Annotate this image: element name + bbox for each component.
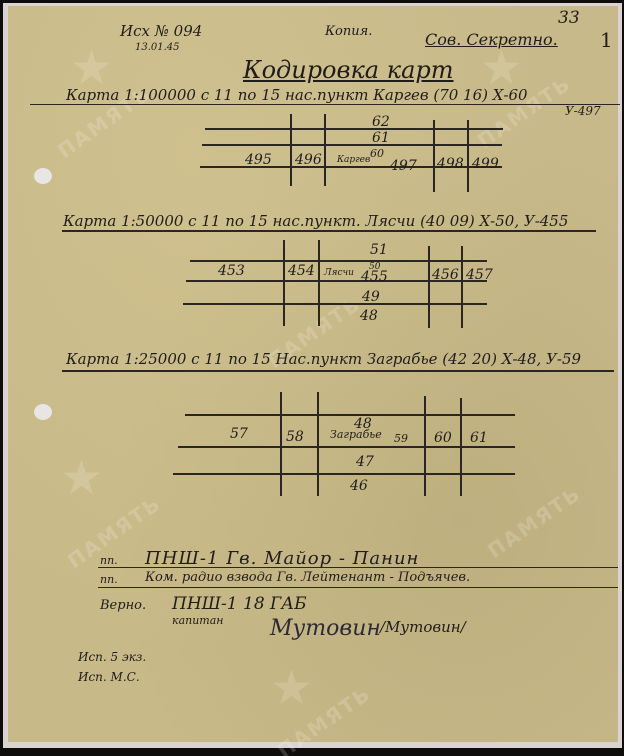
section-heading-2: Карта 1:50000 с 11 по 15 нас.пункт. Лясч… xyxy=(63,212,568,230)
grid-cell: 497 xyxy=(390,158,417,174)
grid-cell: 455 xyxy=(361,269,388,285)
classification-stamp: Сов. Секретно. xyxy=(425,30,558,49)
grid-cell: 47 xyxy=(356,454,374,470)
signature-line-2: Ком. радио взвода Гв. Лейтенант - Подъяч… xyxy=(145,570,470,585)
executor: Исп. М.С. xyxy=(78,670,140,684)
grid-cell: 496 xyxy=(295,152,322,168)
grid-center-label: Заграбье xyxy=(330,428,382,441)
grid-cell: 61 xyxy=(372,130,390,146)
grid-line xyxy=(424,396,426,496)
grid-cell: 495 xyxy=(245,152,272,168)
grid-line xyxy=(173,473,515,475)
grid-cell: 51 xyxy=(370,242,388,258)
handwritten-signature: Мутовин xyxy=(270,616,381,641)
grid-cell: 59 xyxy=(394,432,408,445)
grid-line xyxy=(280,392,282,496)
page-number: 33 xyxy=(558,8,580,28)
grid-line xyxy=(467,120,469,192)
grid-line xyxy=(290,114,292,186)
grid-line xyxy=(324,114,326,186)
grid-line xyxy=(202,144,502,146)
section-heading-1: Карта 1:100000 с 11 по 15 нас.пункт Карг… xyxy=(66,86,528,104)
signature-name: /Мутовин/ xyxy=(380,618,466,636)
heading-underline xyxy=(62,370,614,372)
grid-line xyxy=(178,446,515,448)
grid-cell: 499 xyxy=(472,156,499,172)
punch-hole xyxy=(34,404,52,420)
grid-cell: 456 xyxy=(432,267,459,283)
signature-underline xyxy=(98,567,618,568)
grid-cell: 49 xyxy=(362,289,380,305)
grid-line xyxy=(318,240,320,326)
verified-unit: ПНШ-1 18 ГАБ xyxy=(172,594,307,614)
grid-cell: 60 xyxy=(370,147,384,160)
grid-cell: 48 xyxy=(360,308,378,324)
grid-line xyxy=(428,246,430,328)
grid-line xyxy=(461,246,463,328)
document-title: Кодировка карт xyxy=(243,56,454,84)
ref-date: 13.01.45 xyxy=(135,42,180,53)
signature-line-1: ПНШ-1 Гв. Майор - Панин xyxy=(145,548,419,569)
grid-cell: 453 xyxy=(218,263,245,279)
ref-number: Исх № 094 xyxy=(120,22,202,40)
grid-line xyxy=(185,414,515,416)
grid-cell: 457 xyxy=(466,267,493,283)
grid-line xyxy=(190,260,487,262)
grid-line xyxy=(183,303,487,305)
grid-cell: 60 xyxy=(434,430,452,446)
grid-center-label: Лясчи xyxy=(324,268,354,278)
grid-cell: 62 xyxy=(372,114,390,130)
grid-cell: 454 xyxy=(288,263,315,279)
signature-prefix-1: пп. xyxy=(100,554,118,567)
grid-cell: 46 xyxy=(350,478,368,494)
watermark-star-icon: ★ xyxy=(60,450,103,506)
sheet-mark: 1 xyxy=(600,28,613,52)
grid-line xyxy=(283,240,285,326)
punch-hole xyxy=(34,168,52,184)
heading-underline xyxy=(62,230,596,232)
verified-label: Верно. xyxy=(100,598,146,613)
grid-cell: 57 xyxy=(230,426,248,442)
grid-line xyxy=(317,392,319,496)
grid-center-label: Каргев xyxy=(337,155,370,165)
rank-label: капитан xyxy=(172,614,224,627)
grid-cell: 498 xyxy=(437,156,464,172)
grid-cell: 61 xyxy=(470,430,488,446)
grid-cell: 58 xyxy=(286,429,304,445)
section-1-y-coord: У-497 xyxy=(565,104,601,118)
grid-line xyxy=(460,398,462,496)
grid-line xyxy=(433,120,435,192)
signature-prefix-2: пп. xyxy=(100,573,118,586)
copy-label: Копия. xyxy=(325,24,372,39)
signature-underline xyxy=(98,587,618,588)
watermark-star-icon: ★ xyxy=(270,660,313,716)
heading-underline xyxy=(30,104,620,105)
copies-count: Исп. 5 экз. xyxy=(78,650,146,664)
section-heading-3: Карта 1:25000 с 11 по 15 Нас.пункт Загра… xyxy=(66,350,581,368)
grid-line xyxy=(205,128,503,130)
